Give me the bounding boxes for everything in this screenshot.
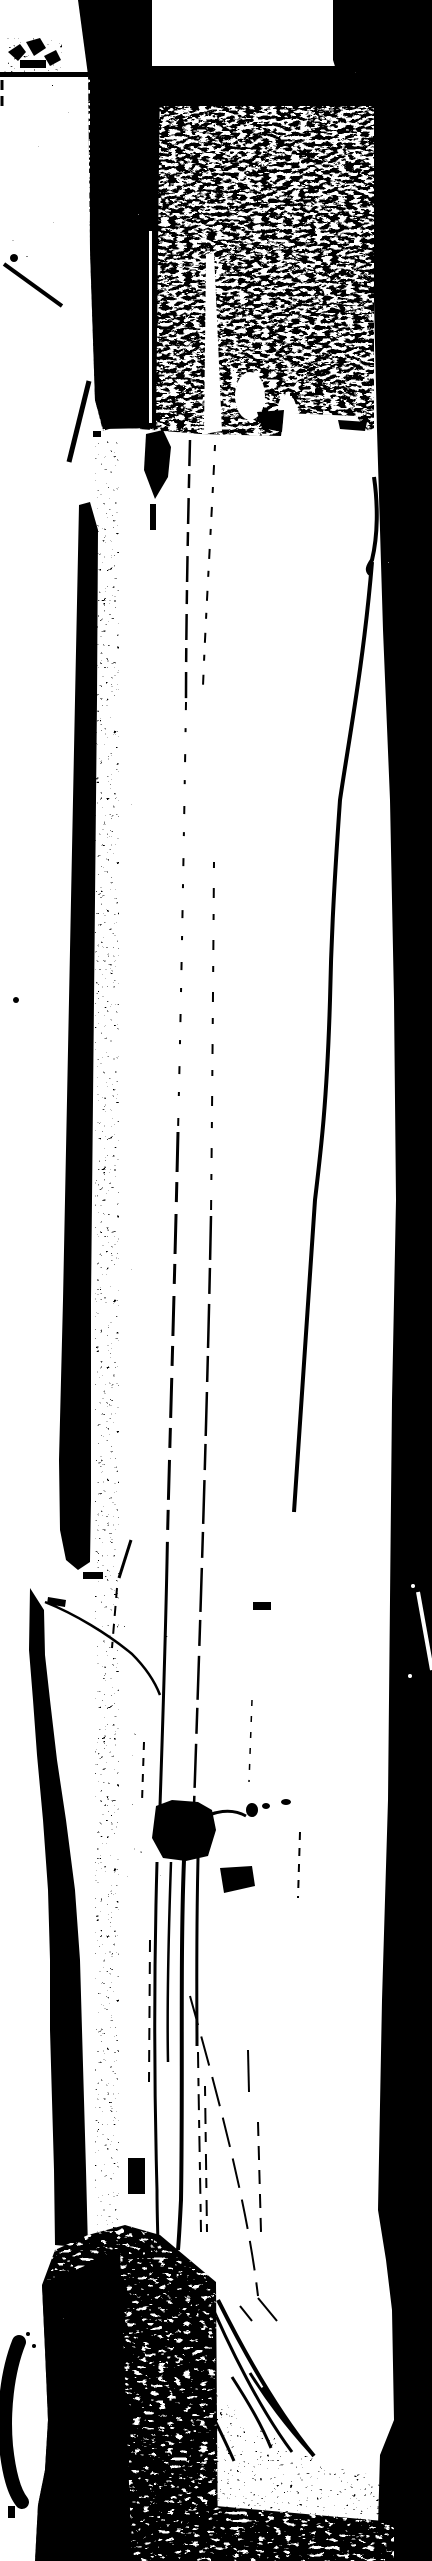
mass-top-band-speckles bbox=[90, 66, 374, 106]
gather-dot-1 bbox=[246, 1803, 258, 1817]
mass-white-scratch bbox=[149, 231, 152, 423]
top-left-black-block bbox=[78, 0, 152, 75]
bottom-mass-speckles bbox=[50, 2280, 130, 2560]
gather-top-dash bbox=[253, 1602, 271, 1610]
hem-cross-mark bbox=[93, 431, 101, 437]
gather-dot-2 bbox=[262, 1803, 270, 1809]
gather-blob-speckles bbox=[152, 1800, 218, 1862]
gather-dot-3 bbox=[281, 1799, 291, 1805]
bottom-left-dash bbox=[8, 2506, 15, 2518]
lone-dot bbox=[13, 997, 19, 1003]
left-speckle-column bbox=[95, 440, 119, 2250]
left-area-speckles bbox=[2, 85, 74, 333]
horizontal-ledge-line bbox=[0, 72, 88, 77]
photocopy-image: Photocopied photograph strip bbox=[0, 0, 432, 2561]
body-faint-speckles-lower bbox=[225, 1650, 295, 2000]
fan-foot-blob bbox=[128, 2158, 145, 2194]
foliage-speckles bbox=[4, 38, 62, 74]
halftone-dark-mass bbox=[88, 66, 374, 436]
mass-solid-left-speckles bbox=[92, 78, 156, 426]
left-streak-blob bbox=[10, 254, 18, 262]
body-faint-speckles-upper bbox=[120, 450, 270, 1350]
margin-white-dot-1 bbox=[408, 1674, 412, 1678]
bottom-left-dot-1 bbox=[26, 2332, 30, 2336]
mass-white-sliver-dots bbox=[202, 252, 224, 434]
side-dash-1 bbox=[248, 2050, 249, 2092]
photocopy-figure: Photocopied photograph strip bbox=[0, 0, 432, 2561]
hem-corner-dash bbox=[150, 504, 156, 530]
margin-white-speckles bbox=[388, 440, 432, 1590]
bottom-left-dot-2 bbox=[32, 2344, 36, 2348]
